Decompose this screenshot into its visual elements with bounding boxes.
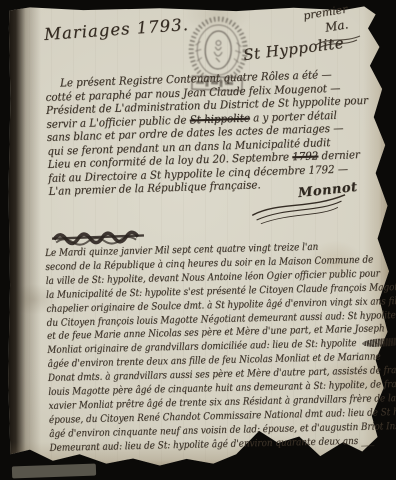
- underlying-page-sliver: [12, 464, 96, 479]
- struck-out-text: St hippolite: [189, 111, 250, 126]
- act-paragraph: Le Mardi quinze janvier Mil sept cent qu…: [45, 240, 358, 456]
- line-text: dernier: [318, 148, 360, 162]
- struck-out-text: 1792: [292, 149, 318, 163]
- binding-shadow: [7, 5, 41, 472]
- page-scan: Mariages 1793. premier Ma. St Hyppolite …: [0, 0, 396, 480]
- certificate-paragraph: Le présent Registre Contenant quatre Rôl…: [45, 67, 370, 199]
